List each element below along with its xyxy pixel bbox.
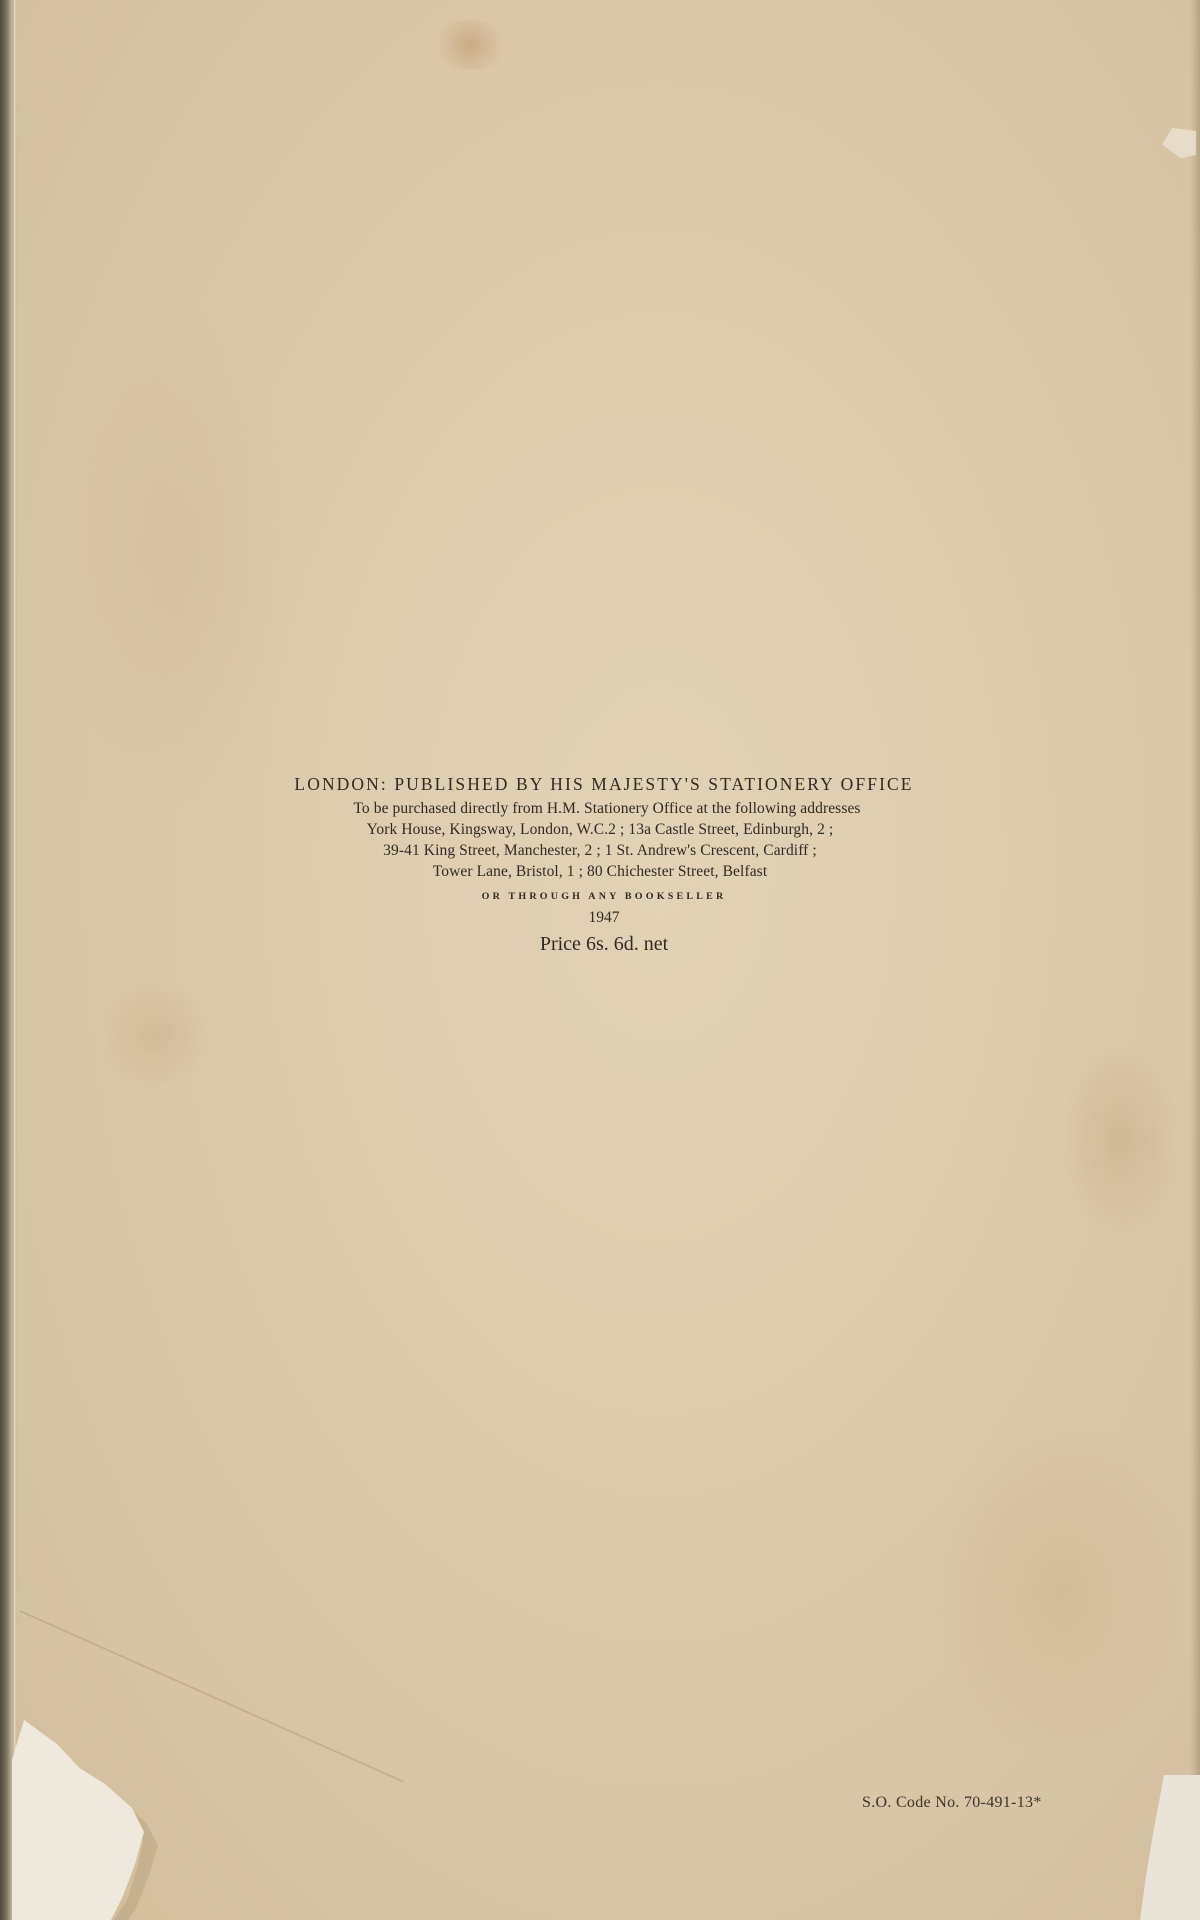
purchase-intro: To be purchased directly from H.M. Stati…: [14, 798, 1200, 819]
publisher-imprint: LONDON: PUBLISHED BY HIS MAJESTY'S STATI…: [0, 772, 1200, 958]
paper-stain: [930, 1420, 1190, 1760]
paper-crease: [20, 1610, 405, 1783]
so-code-number: S.O. Code No. 70-491-13*: [862, 1794, 1042, 1812]
publisher-line: LONDON: PUBLISHED BY HIS MAJESTY'S STATI…: [8, 772, 1200, 796]
paper-stain: [430, 20, 510, 70]
right-page-edge: [1190, 0, 1200, 1920]
edge-tear: [1162, 128, 1196, 158]
paper-stain: [60, 300, 300, 820]
spine-highlight: [14, 0, 17, 1920]
price-label: Price 6s. 6d. net: [8, 930, 1200, 958]
bookseller-line: OR THROUGH ANY BOOKSELLER: [8, 888, 1200, 905]
address-line: 39-41 King Street, Manchester, 2 ; 1 St.…: [0, 840, 1200, 861]
address-line: York House, Kingsway, London, W.C.2 ; 13…: [0, 819, 1200, 840]
back-cover-page: LONDON: PUBLISHED BY HIS MAJESTY'S STATI…: [0, 0, 1200, 1920]
publication-year: 1947: [8, 908, 1200, 928]
worn-corner-bottom-right: [1140, 1775, 1200, 1920]
paper-stain: [1060, 1040, 1180, 1240]
paper-stain: [100, 980, 210, 1090]
address-line: Tower Lane, Bristol, 1 ; 80 Chichester S…: [0, 861, 1200, 882]
